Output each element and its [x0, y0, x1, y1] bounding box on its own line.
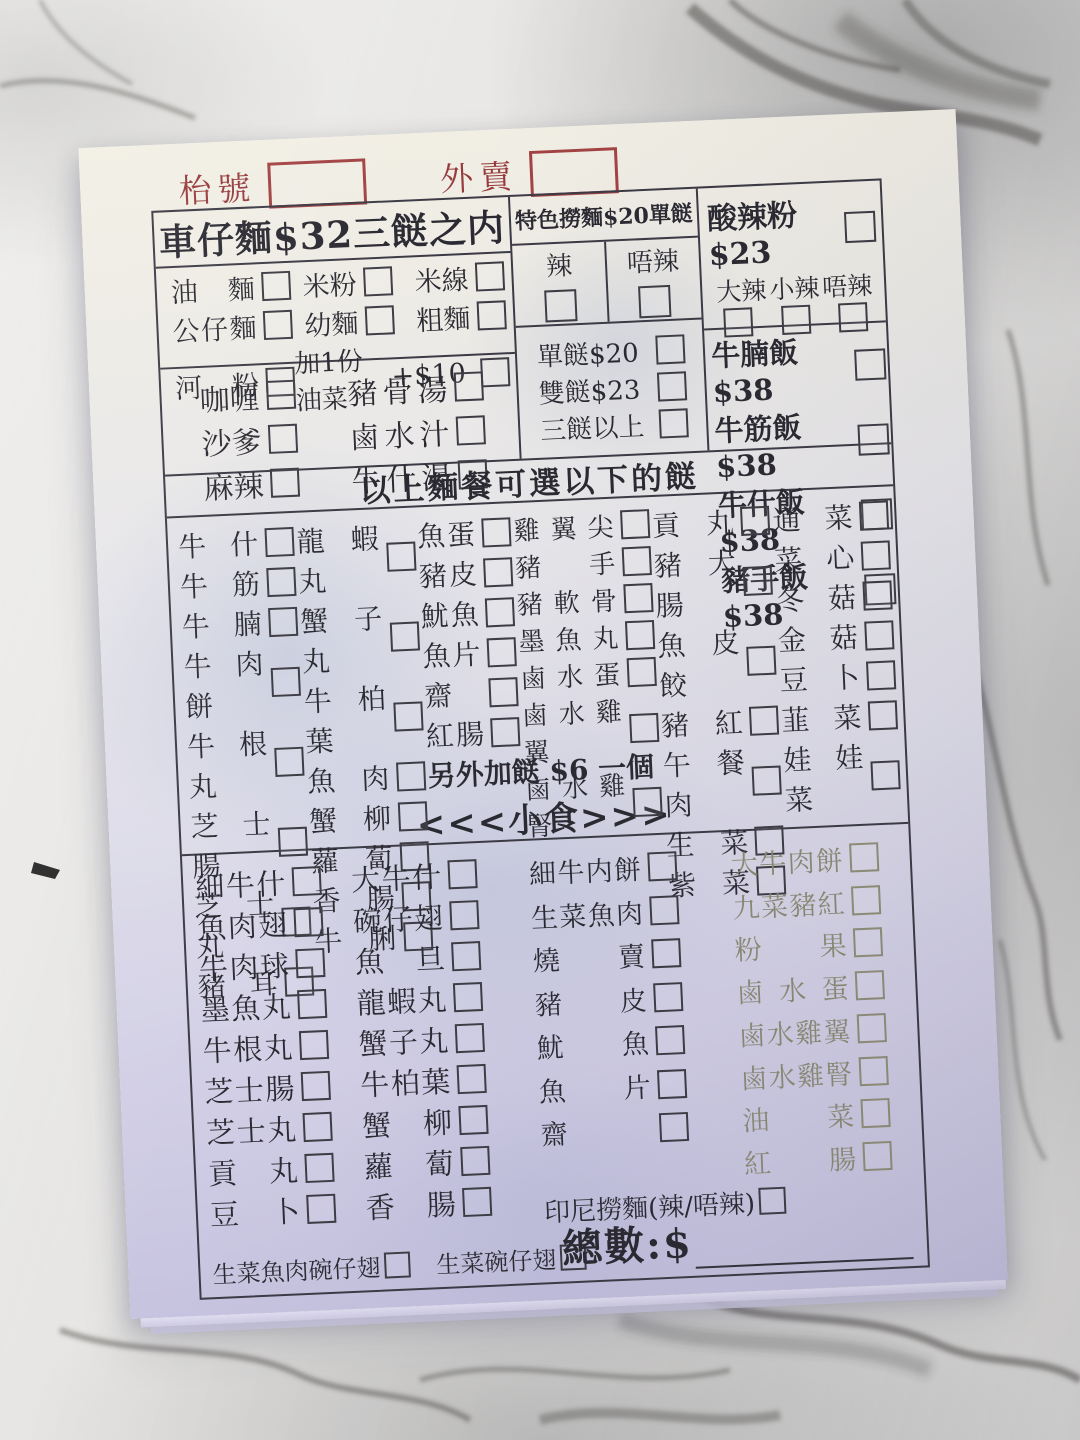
topping-label: 齋: [423, 673, 483, 716]
topping-count-checkbox[interactable]: [659, 408, 689, 438]
toppings-column-1: 牛什牛筋牛腩牛肉餅牛根丸芝士腸芝士丸豬耳: [177, 521, 305, 804]
snack-item: 齋: [540, 1106, 710, 1152]
order-form-table: 車仔麵$32三餸之内 油麵 米粉 米線 公仔麵 幼麵 粗麵 河粉 加1份油菜: [151, 178, 930, 1299]
snack-label: 魷魚: [536, 1022, 650, 1066]
topping-label: 鹵水雞翼: [521, 692, 624, 770]
snack-checkbox[interactable]: [651, 938, 681, 968]
snack-label: 豆卜: [209, 1189, 301, 1234]
topping-checkbox[interactable]: [274, 746, 304, 776]
snack-checkbox[interactable]: [853, 928, 883, 958]
noodle-label: 幼麵: [304, 302, 360, 343]
snack-item: 牛肉球: [198, 941, 352, 989]
topping-count-checkbox[interactable]: [657, 371, 687, 401]
snacks-column-1: 細牛什魚肉翅牛肉球墨魚丸牛根丸芝士腸芝士丸貢丸豆卜: [194, 859, 362, 1227]
topping-checkbox[interactable]: [870, 760, 900, 790]
snack-label: 蟹子丸: [358, 1019, 450, 1064]
topping-checkbox[interactable]: [396, 761, 426, 791]
topping-count-checkbox[interactable]: [655, 334, 685, 364]
topping-label: 魷魚: [420, 593, 480, 636]
snack-item: 鹵水雞翼: [738, 1007, 910, 1054]
snack-label: 齋: [540, 1109, 654, 1153]
spice-level-label: 小辣: [768, 268, 820, 306]
topping-label: 魚片: [422, 633, 482, 676]
topping-item: 豬大腸: [653, 540, 774, 625]
spice-level-label: 唔辣: [821, 266, 873, 304]
topping-checkbox[interactable]: [743, 565, 773, 595]
topping-label: 鹵水雞腎: [524, 765, 627, 843]
snack-label: 大牛肉餅: [730, 839, 844, 883]
snack-label: 魚片: [538, 1065, 652, 1109]
snack-label: 芝士丸: [205, 1107, 297, 1152]
snack-item: 蘿蔔: [363, 1139, 517, 1187]
topping-checkbox[interactable]: [626, 657, 656, 687]
topping-checkbox[interactable]: [864, 620, 894, 650]
snack-label: 牛根丸: [202, 1025, 294, 1070]
topping-checkbox[interactable]: [859, 500, 889, 530]
snack-label: 貢丸: [207, 1148, 299, 1193]
topping-item: 牛肉餅: [183, 641, 302, 726]
topping-checkbox[interactable]: [866, 660, 896, 690]
topping-checkbox[interactable]: [481, 517, 511, 547]
topping-checkbox[interactable]: [621, 546, 651, 576]
not-spicy-label: 唔辣: [626, 241, 680, 280]
topping-item: 鹵水蛋: [519, 653, 657, 696]
snack-label: 豬皮: [534, 978, 648, 1022]
snack-item: 鹵水雞腎: [739, 1050, 911, 1097]
snacks-column-3: 細牛内餅生菜魚肉燒賣豬皮魷魚魚片齋: [528, 845, 709, 1152]
noodle-choices: 油麵 米粉 米線 公仔麵 幼麵 粗麵 河粉 加1份油菜 +$10: [156, 253, 515, 370]
snack-checkbox[interactable]: [457, 1064, 487, 1094]
topping-label: 牛柏葉: [303, 677, 388, 761]
soup-label: 麻辣: [203, 461, 265, 508]
cart-noodle-column: 車仔麵$32三餸之内 油麵 米粉 米線 公仔麵 幼麵 粗麵 河粉 加1份油菜: [153, 197, 519, 475]
topping-checkbox[interactable]: [489, 677, 519, 707]
soup-checkbox[interactable]: [266, 379, 296, 409]
snack-item: 香腸: [365, 1180, 519, 1228]
snack-item: 芝士腸: [204, 1064, 358, 1112]
topping-item: 魚片: [422, 631, 518, 675]
topping-item: 豬皮: [418, 551, 514, 595]
snack-checkbox[interactable]: [384, 1251, 411, 1278]
snack-checkbox[interactable]: [462, 1187, 492, 1217]
snack-label: 生菜魚肉: [530, 891, 644, 935]
topping-label: 豬皮: [418, 553, 478, 596]
rice-dish-row: 牛筋飯$38: [714, 401, 891, 484]
topping-item: 豬軟骨: [516, 579, 654, 622]
table-number-label: 枱號: [177, 162, 257, 212]
snack-item: 九菜豬紅: [732, 879, 904, 926]
snack-checkbox[interactable]: [447, 859, 477, 889]
snack-label: 蘿蔔: [363, 1141, 455, 1186]
topping-item: 牛腩: [181, 601, 299, 646]
snack-label: 墨魚丸: [200, 985, 292, 1030]
noodle-label: 油麵: [170, 267, 256, 310]
snack-checkbox[interactable]: [860, 1098, 890, 1128]
snack-checkbox[interactable]: [451, 941, 481, 971]
hot-sour-title: 酸辣粉$23: [706, 188, 842, 273]
snack-item: 蟹柳: [361, 1098, 515, 1146]
topping-label: 豬手: [514, 544, 616, 585]
snack-item: 生菜魚肉碗仔翅: [212, 1246, 411, 1290]
topping-item: 牛什: [177, 521, 295, 566]
snack-item: 豬皮: [534, 976, 704, 1022]
topping-item: 雞翼尖: [513, 505, 651, 548]
topping-label: 韮菜: [781, 696, 863, 740]
topping-checkbox[interactable]: [740, 505, 770, 535]
topping-item: 午餐肉: [662, 739, 783, 824]
topping-item: 豆卜: [779, 654, 897, 699]
topping-item: 通菜: [772, 494, 890, 539]
snack-item: 大牛什: [350, 852, 504, 900]
topping-item: 蟹子丸: [299, 595, 420, 680]
topping-item: 牛筋: [179, 561, 297, 606]
snack-item: 牛柏葉: [359, 1057, 513, 1105]
rice-dish-row: 牛腩飯$38: [710, 326, 887, 409]
order-form-paper: 枱號 外賣 車仔麵$32三餸之内 油麵 米粉 米線 公仔麵 幼麵 粗: [78, 109, 1007, 1319]
snack-checkbox[interactable]: [295, 948, 325, 978]
toppings-column-4: 雞翼尖豬手豬軟骨墨魚丸鹵水蛋鹵水雞翼鹵水雞腎: [513, 505, 661, 789]
noodle-checkbox[interactable]: [475, 261, 505, 291]
noodle-checkbox[interactable]: [263, 310, 293, 340]
topping-label: 牛根丸: [186, 722, 269, 805]
snack-checkbox[interactable]: [655, 1025, 685, 1055]
topping-label: 金菇: [777, 616, 859, 660]
top-section: 車仔麵$32三餸之内 油麵 米粉 米線 公仔麵 幼麵 粗麵 河粉 加1份油菜: [153, 180, 891, 476]
topping-checkbox[interactable]: [625, 620, 655, 650]
snack-item: 牛根丸: [202, 1023, 356, 1071]
topping-label: 豬大腸: [653, 541, 738, 625]
rice-dish-checkbox[interactable]: [857, 423, 889, 455]
snack-label: 細牛内餅: [528, 848, 642, 892]
topping-label: 豬紅: [660, 701, 744, 745]
snack-label: 生菜碗仔翅: [436, 1240, 557, 1280]
topping-label: 雞翼尖: [513, 507, 615, 548]
snack-checkbox[interactable]: [659, 1112, 689, 1142]
snack-label: 牛柏葉: [359, 1060, 451, 1105]
snack-item: 魷魚: [536, 1019, 706, 1065]
snack-checkbox[interactable]: [301, 1071, 331, 1101]
snack-label: 魚旦: [354, 937, 446, 982]
snack-checkbox[interactable]: [855, 970, 885, 1000]
snack-label: 鹵水蛋: [736, 967, 850, 1011]
soup-label: 鹵水汁: [348, 409, 450, 457]
topping-item: 鹵水雞翼: [521, 690, 660, 770]
toppings-column-3-list: 魚蛋豬皮魷魚魚片齋紅腸: [416, 511, 521, 755]
snack-checkbox[interactable]: [851, 885, 881, 915]
snack-checkbox[interactable]: [657, 1068, 687, 1098]
snack-checkbox[interactable]: [649, 895, 679, 925]
snack-checkbox[interactable]: [849, 842, 879, 872]
snack-label: 蟹柳: [361, 1100, 453, 1145]
topping-label: 通菜: [772, 496, 854, 540]
snack-checkbox[interactable]: [458, 1105, 488, 1135]
topping-checkbox[interactable]: [747, 645, 777, 675]
total-label: 總數:$: [561, 1212, 694, 1275]
spice-level-label: 大辣: [716, 271, 768, 309]
snack-item: 龍蝦丸: [356, 975, 510, 1023]
topping-item: 鹵水雞腎: [524, 764, 663, 844]
snacks-section: 細牛什魚肉翅牛肉球墨魚丸牛根丸芝士腸芝士丸貢丸豆卜 大牛什碗仔翅魚旦龍蝦丸蟹子丸…: [182, 824, 928, 1298]
noodle-checkbox[interactable]: [477, 300, 507, 330]
snack-item: 魚肉翅: [196, 900, 350, 948]
noodle-label: 粗麵: [415, 297, 471, 338]
topping-checkbox[interactable]: [483, 557, 513, 587]
extra-topping-note: 另外加餸 $6 一個: [427, 751, 523, 795]
snacks-bottom-row: 生菜魚肉碗仔翅生菜碗仔翅: [212, 1239, 587, 1291]
snack-item: 燒賣: [532, 932, 702, 978]
topping-item: 豬紅: [660, 700, 780, 745]
topping-item: 娃娃菜: [782, 734, 901, 819]
topping-label: 魚皮餃: [657, 621, 742, 705]
topping-item: 魚肉: [306, 755, 426, 800]
topping-checkbox[interactable]: [389, 621, 419, 651]
spicy-choice: 辣 唔辣: [512, 238, 701, 328]
snack-item: 鹵水蛋: [736, 964, 908, 1011]
snack-item: 粉果: [734, 922, 906, 969]
snack-checkbox[interactable]: [299, 1030, 329, 1060]
soup-label: 沙爹: [201, 417, 263, 464]
topping-item: 冬菇: [775, 574, 893, 619]
table-number-box[interactable]: [267, 158, 367, 208]
snack-label: 九菜豬紅: [732, 881, 846, 925]
topping-count-option: 三餸以上: [540, 404, 695, 448]
snack-item: 細牛什: [194, 859, 348, 907]
soup-checkbox[interactable]: [454, 371, 484, 401]
topping-checkbox[interactable]: [752, 765, 782, 795]
topping-item: 魚蛋: [416, 511, 512, 555]
snack-checkbox[interactable]: [303, 1112, 333, 1142]
right-column: 酸辣粉$23 大辣小辣唔辣 牛腩飯$38: [696, 180, 891, 450]
soup-checkbox[interactable]: [456, 415, 486, 445]
snack-item: 油菜: [741, 1092, 913, 1139]
topping-checkbox[interactable]: [393, 701, 423, 731]
snack-label: 生菜魚肉碗仔翅: [212, 1248, 381, 1290]
rice-dish-label: 牛筋飯$38: [714, 403, 857, 484]
noodle-checkbox[interactable]: [365, 305, 395, 335]
topping-checkbox[interactable]: [266, 566, 296, 596]
topping-label: 牛筋: [179, 562, 261, 606]
snack-checkbox[interactable]: [460, 1146, 490, 1176]
topping-item: 金菇: [777, 614, 895, 659]
topping-item: 龍蝦丸: [296, 516, 417, 601]
snack-label: 粉果: [734, 924, 848, 968]
snack-item: 貢丸: [207, 1146, 361, 1194]
snack-item: 魚旦: [354, 934, 508, 982]
snacks-column-2: 大牛什碗仔翅魚旦龍蝦丸蟹子丸牛柏葉蟹柳蘿蔔香腸: [350, 852, 518, 1220]
noodle-label: 公仔麵: [172, 306, 258, 349]
topping-count-label: 單餸$20: [536, 332, 639, 373]
spicy-checkbox[interactable]: [544, 289, 577, 322]
topping-checkbox[interactable]: [268, 606, 298, 636]
topping-item: 牛柏葉: [303, 675, 424, 760]
topping-checkbox[interactable]: [861, 540, 891, 570]
topping-label: 豆卜: [779, 656, 861, 700]
topping-checkbox[interactable]: [264, 526, 294, 556]
toppings-grid: 牛什牛筋牛腩牛肉餅牛根丸芝士腸芝士丸豬耳 龍蝦丸蟹子丸牛柏葉魚肉蟹柳蘿蔔香腸牛脷…: [167, 486, 906, 810]
topping-label: 娃娃菜: [782, 736, 865, 819]
topping-label: 牛肉餅: [183, 642, 266, 725]
snack-item: 魚片: [538, 1063, 708, 1109]
snack-item: 生菜魚肉: [530, 889, 700, 935]
topping-label: 魚肉: [306, 757, 390, 801]
snack-item: 蟹子丸: [358, 1016, 512, 1064]
topping-label: 冬菇: [775, 576, 857, 620]
topping-count-label: 三餸以上: [540, 406, 646, 448]
topping-checkbox[interactable]: [620, 509, 650, 539]
snack-item: 芝士丸: [205, 1105, 359, 1153]
takeaway-box[interactable]: [529, 147, 619, 197]
snack-checkbox[interactable]: [647, 851, 677, 881]
snack-checkbox[interactable]: [293, 907, 323, 937]
rice-dish-checkbox[interactable]: [854, 348, 886, 380]
snack-checkbox[interactable]: [857, 1013, 887, 1043]
noodle-label: 米線: [414, 258, 470, 299]
snack-label: 紅腸: [743, 1137, 857, 1181]
topping-checkbox[interactable]: [632, 786, 662, 816]
toppings-column-5: 貢丸豬大腸魚皮餃豬紅午餐肉生菜紫菜: [651, 500, 781, 783]
snack-label: 牛肉球: [198, 944, 290, 989]
table-speck: [31, 862, 60, 879]
noodle-label: 米粉: [302, 263, 358, 304]
topping-item: 牛根丸: [186, 721, 305, 806]
snack-checkbox[interactable]: [862, 1141, 892, 1171]
topping-item: 韮菜: [781, 694, 899, 739]
snack-label: 鹵水雞翼: [738, 1009, 852, 1053]
topping-checkbox[interactable]: [485, 597, 515, 627]
topping-checkbox[interactable]: [487, 637, 517, 667]
snack-label: 大牛什: [350, 855, 442, 900]
topping-item: 蟹柳: [308, 795, 428, 840]
topping-label: 牛什: [177, 523, 259, 567]
toppings-column-6: 通菜菜心冬菇金菇豆卜韮菜娃娃菜: [772, 494, 900, 777]
snack-checkbox[interactable]: [859, 1056, 889, 1086]
topping-label: 蟹柳: [308, 797, 392, 841]
soup-label: 豬骨湯: [346, 365, 448, 413]
snack-checkbox[interactable]: [449, 900, 479, 930]
topping-item: 魚皮餃: [657, 620, 778, 705]
hot-sour-checkbox[interactable]: [844, 211, 876, 243]
topping-label: 菜心: [773, 536, 855, 580]
snack-label: 魚肉翅: [196, 903, 288, 948]
topping-label: 貢丸: [651, 501, 735, 545]
topping-item: 墨魚丸: [518, 616, 656, 659]
topping-checkbox[interactable]: [868, 700, 898, 730]
noodle-checkbox[interactable]: [363, 266, 393, 296]
snack-checkbox[interactable]: [306, 1194, 336, 1224]
soup-label: 咖喱: [199, 373, 261, 420]
topping-item: 菜心: [773, 534, 891, 579]
soup-checkbox[interactable]: [270, 467, 300, 497]
topping-item: 豬手: [514, 542, 652, 585]
snack-item: 細牛内餅: [528, 845, 698, 891]
snack-label: 香腸: [365, 1182, 457, 1227]
topping-item: 魷魚: [420, 591, 516, 635]
topping-count-label: 雙餸$23: [538, 369, 641, 410]
snacks-column-4: 大牛肉餅九菜豬紅粉果鹵水蛋鹵水雞翼鹵水雞腎油菜紅腸: [730, 836, 915, 1181]
rice-dish-label: 牛腩飯$38: [710, 328, 853, 409]
noodle-checkbox[interactable]: [261, 271, 291, 301]
toppings-column-2: 龍蝦丸蟹子丸牛柏葉魚肉蟹柳蘿蔔香腸牛脷: [296, 516, 426, 799]
snack-item: 豆卜: [209, 1187, 363, 1235]
topping-label: 牛腩: [181, 602, 263, 646]
topping-item: 齋: [423, 671, 519, 715]
snack-checkbox[interactable]: [304, 1153, 334, 1183]
snack-label: 芝士腸: [204, 1066, 296, 1111]
topping-checkbox[interactable]: [629, 712, 659, 742]
soup-checkbox[interactable]: [268, 423, 298, 453]
snack-checkbox[interactable]: [292, 866, 322, 896]
total-amount-line[interactable]: [694, 1219, 914, 1269]
snack-label: 燒賣: [532, 935, 646, 979]
topping-checkbox[interactable]: [386, 541, 416, 571]
topping-checkbox[interactable]: [397, 801, 427, 831]
spicy-label: 辣: [545, 245, 573, 283]
snack-checkbox[interactable]: [453, 982, 483, 1012]
snack-item: 紅腸: [743, 1135, 915, 1182]
topping-label: 蟹子丸: [299, 597, 384, 681]
special-lomein-title: 特色撈麵$20單餸: [510, 189, 698, 246]
topping-count-prices: 單餸$20 雙餸$23 三餸以上: [516, 320, 708, 459]
snack-label: 龍蝦丸: [356, 978, 448, 1023]
topping-label: 豬軟骨: [516, 581, 618, 622]
takeaway-label: 外賣: [439, 151, 519, 201]
topping-label: 龍蝦丸: [296, 517, 381, 601]
topping-checkbox[interactable]: [749, 705, 779, 735]
not-spicy-checkbox[interactable]: [638, 285, 671, 318]
snack-label: 鹵水雞腎: [739, 1052, 853, 1096]
topping-checkbox[interactable]: [490, 717, 520, 747]
topping-label: 鹵水蛋: [519, 655, 621, 696]
topping-label: 午餐肉: [662, 741, 747, 825]
snack-label: 碗仔翅: [352, 896, 444, 941]
topping-label: 墨魚丸: [518, 618, 620, 659]
topping-checkbox[interactable]: [271, 666, 301, 696]
topping-label: 紅腸: [425, 713, 485, 756]
snack-item: 大牛肉餅: [730, 836, 902, 883]
topping-checkbox[interactable]: [862, 580, 892, 610]
snack-item: 墨魚丸: [200, 982, 354, 1030]
special-lomein-column: 特色撈麵$20單餸 辣 唔辣 單餸$20: [508, 189, 707, 459]
topping-checkbox[interactable]: [623, 583, 653, 613]
topping-item: 紅腸: [425, 711, 521, 755]
hot-sour-noodle-cell: 酸辣粉$23 大辣小辣唔辣: [698, 180, 886, 330]
toppings-column-3: 魚蛋豬皮魷魚魚片齋紅腸 另外加餸 $6 一個: [416, 511, 522, 793]
snack-checkbox[interactable]: [455, 1023, 485, 1053]
topping-label: 魚蛋: [416, 513, 476, 556]
topping-item: 貢丸: [651, 500, 771, 545]
snack-checkbox[interactable]: [297, 989, 327, 1019]
snack-item: 碗仔翅: [352, 893, 506, 941]
snack-label: 細牛什: [194, 862, 286, 907]
snack-label: 油菜: [741, 1095, 855, 1139]
snack-checkbox[interactable]: [653, 982, 683, 1012]
